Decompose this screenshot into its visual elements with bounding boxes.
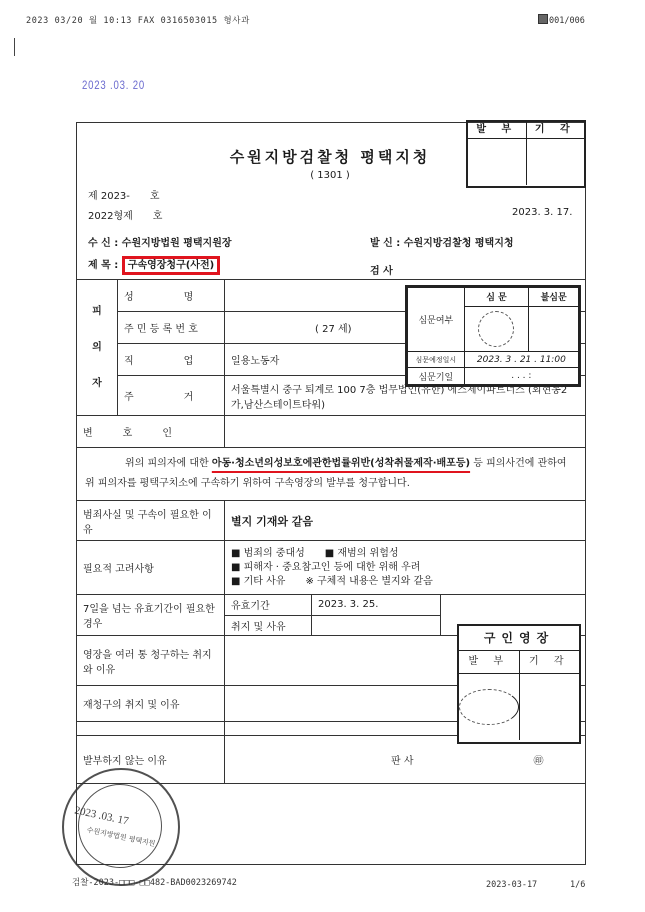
rerequest-label: 재청구의 취지 및 이유 xyxy=(77,686,225,722)
validity-period-value: 2023. 3. 25. xyxy=(312,595,441,615)
fax-checkbox-icon xyxy=(538,14,548,24)
arrest-issue-header: 발 부 xyxy=(459,651,520,673)
job-label: 직 업 xyxy=(118,344,225,376)
approval-reject-cell xyxy=(527,139,585,185)
subject-row: 제 목 : 구속영장청구(사전) xyxy=(88,256,220,271)
name-label: 성 명 xyxy=(118,280,225,312)
footer-date: 2023-03-17 xyxy=(486,880,537,890)
validity-reason-value xyxy=(312,615,441,635)
subject-highlighted: 구속영장청구(사전) xyxy=(122,256,220,275)
recipient-value: 수원지방법원 평택지원장 xyxy=(122,238,232,249)
charge-highlighted: 아동·청소년의성보호에관한법률위반(성착취물제작·배포등) xyxy=(212,458,470,469)
arrest-warrant-box: 구인영장 발 부기 각 xyxy=(457,624,581,744)
arrest-reject-header: 기 각 xyxy=(520,651,580,673)
sender-row: 발 신 : 수원지방검찰청 평택지청 xyxy=(370,234,514,249)
approval-issue-header: 발 부 xyxy=(468,122,527,138)
recipient-row: 수 신 : 수원지방법원 평택지원장 xyxy=(88,234,232,249)
consider-item: ■ 기타 사유 ※ 구체적 내용은 별지와 같음 xyxy=(231,575,579,589)
reason-label: 범죄사실 및 구속이 필요한 이유 xyxy=(77,501,225,541)
recipient-label: 수 신 : xyxy=(88,238,118,249)
judge-label: 판 사 xyxy=(391,756,414,767)
schedule-label: 심문예정일시 xyxy=(408,351,465,368)
subject-label: 제 목 : xyxy=(88,260,118,271)
doc-number: 제 2023- 호 xyxy=(88,187,160,202)
no-hearing-cell xyxy=(529,306,579,351)
period-label: 심문기일 xyxy=(408,368,465,385)
consider-item: ■ 범죄의 중대성 ■ 재범의 위험성 xyxy=(231,547,579,561)
arrest-reject-cell xyxy=(520,674,580,740)
period-value: . . . : xyxy=(464,368,578,385)
fax-page-number: 001/006 xyxy=(549,16,585,26)
court-date-stamp: 2023 .03. 17 수원지방법원 평택지원 xyxy=(62,768,180,886)
rrn-label: 주 민 등 록 번 호 xyxy=(118,312,225,344)
fax-page-counter: 001/006 xyxy=(538,14,585,26)
received-date-stamp: 2023 .03. 20 xyxy=(82,78,145,92)
consider-items: ■ 범죄의 중대성 ■ 재범의 위험성 ■ 피해자 · 중요참고인 등에 대한 … xyxy=(225,541,586,595)
hearing-label: 심문여부 xyxy=(408,288,465,352)
arrest-warrant-title: 구인영장 xyxy=(459,626,579,651)
footer-doc-id: 검찰-2023-□□□-□□482-BAD0023269742 xyxy=(72,876,237,888)
footer-page: 1/6 xyxy=(570,880,585,890)
reason-value: 별지 기재와 같음 xyxy=(225,501,586,541)
sender-value: 수원지방검찰청 평택지청 xyxy=(404,238,514,249)
doc-date: 2023. 3. 17. xyxy=(512,207,572,218)
circular-seal-icon xyxy=(459,689,519,725)
validity-label: 7일을 넘는 유효기간이 필요한 경우 xyxy=(77,595,225,636)
address-label: 주 거 xyxy=(118,376,225,416)
arrest-issue-cell xyxy=(459,674,520,740)
hearing-box: 심문여부심 문불심문 심문예정일시2023. 3 . 21 . 11:00 심문… xyxy=(405,285,581,387)
schedule-value: 2023. 3 . 21 . 11:00 xyxy=(464,351,578,368)
no-hearing-col: 불심문 xyxy=(529,288,579,307)
approval-box: 발 부기 각 xyxy=(466,120,586,188)
margin-mark xyxy=(14,38,15,56)
consider-label: 필요적 고려사항 xyxy=(77,541,225,595)
approval-issue-cell xyxy=(468,139,527,185)
seal-mark-icon: ㊞ xyxy=(534,756,544,767)
hearing-seal-cell xyxy=(464,306,529,351)
consider-item: ■ 피해자 · 중요참고인 등에 대한 위해 우려 xyxy=(231,561,579,575)
approval-reject-header: 기 각 xyxy=(527,122,585,138)
spacer-label xyxy=(77,722,225,736)
lawyer-value xyxy=(225,416,586,448)
multi-warrant-label: 영장을 여러 통 청구하는 취지와 이유 xyxy=(77,636,225,686)
case-number: 2022형제 호 xyxy=(88,207,162,222)
prosecutor-label: 검 사 xyxy=(370,262,393,277)
sender-label: 발 신 : xyxy=(370,238,400,249)
suspect-group-label: 피의자 xyxy=(77,280,118,416)
circular-seal-icon xyxy=(478,311,514,347)
fax-header-line: 2023 03/20 월 10:13 FAX 0316503015 형사과 xyxy=(26,14,250,26)
request-paragraph: 위의 피의자에 대한 아동·청소년의성보호에관한법률위반(성착취물제작·배포등)… xyxy=(77,448,586,501)
request-prefix: 위의 피의자에 대한 xyxy=(85,458,212,469)
lawyer-label: 변 호 인 xyxy=(77,416,225,448)
validity-reason-label: 취지 및 사유 xyxy=(225,615,312,635)
hearing-col: 심 문 xyxy=(464,288,529,307)
validity-period-label: 유효기간 xyxy=(225,595,312,615)
